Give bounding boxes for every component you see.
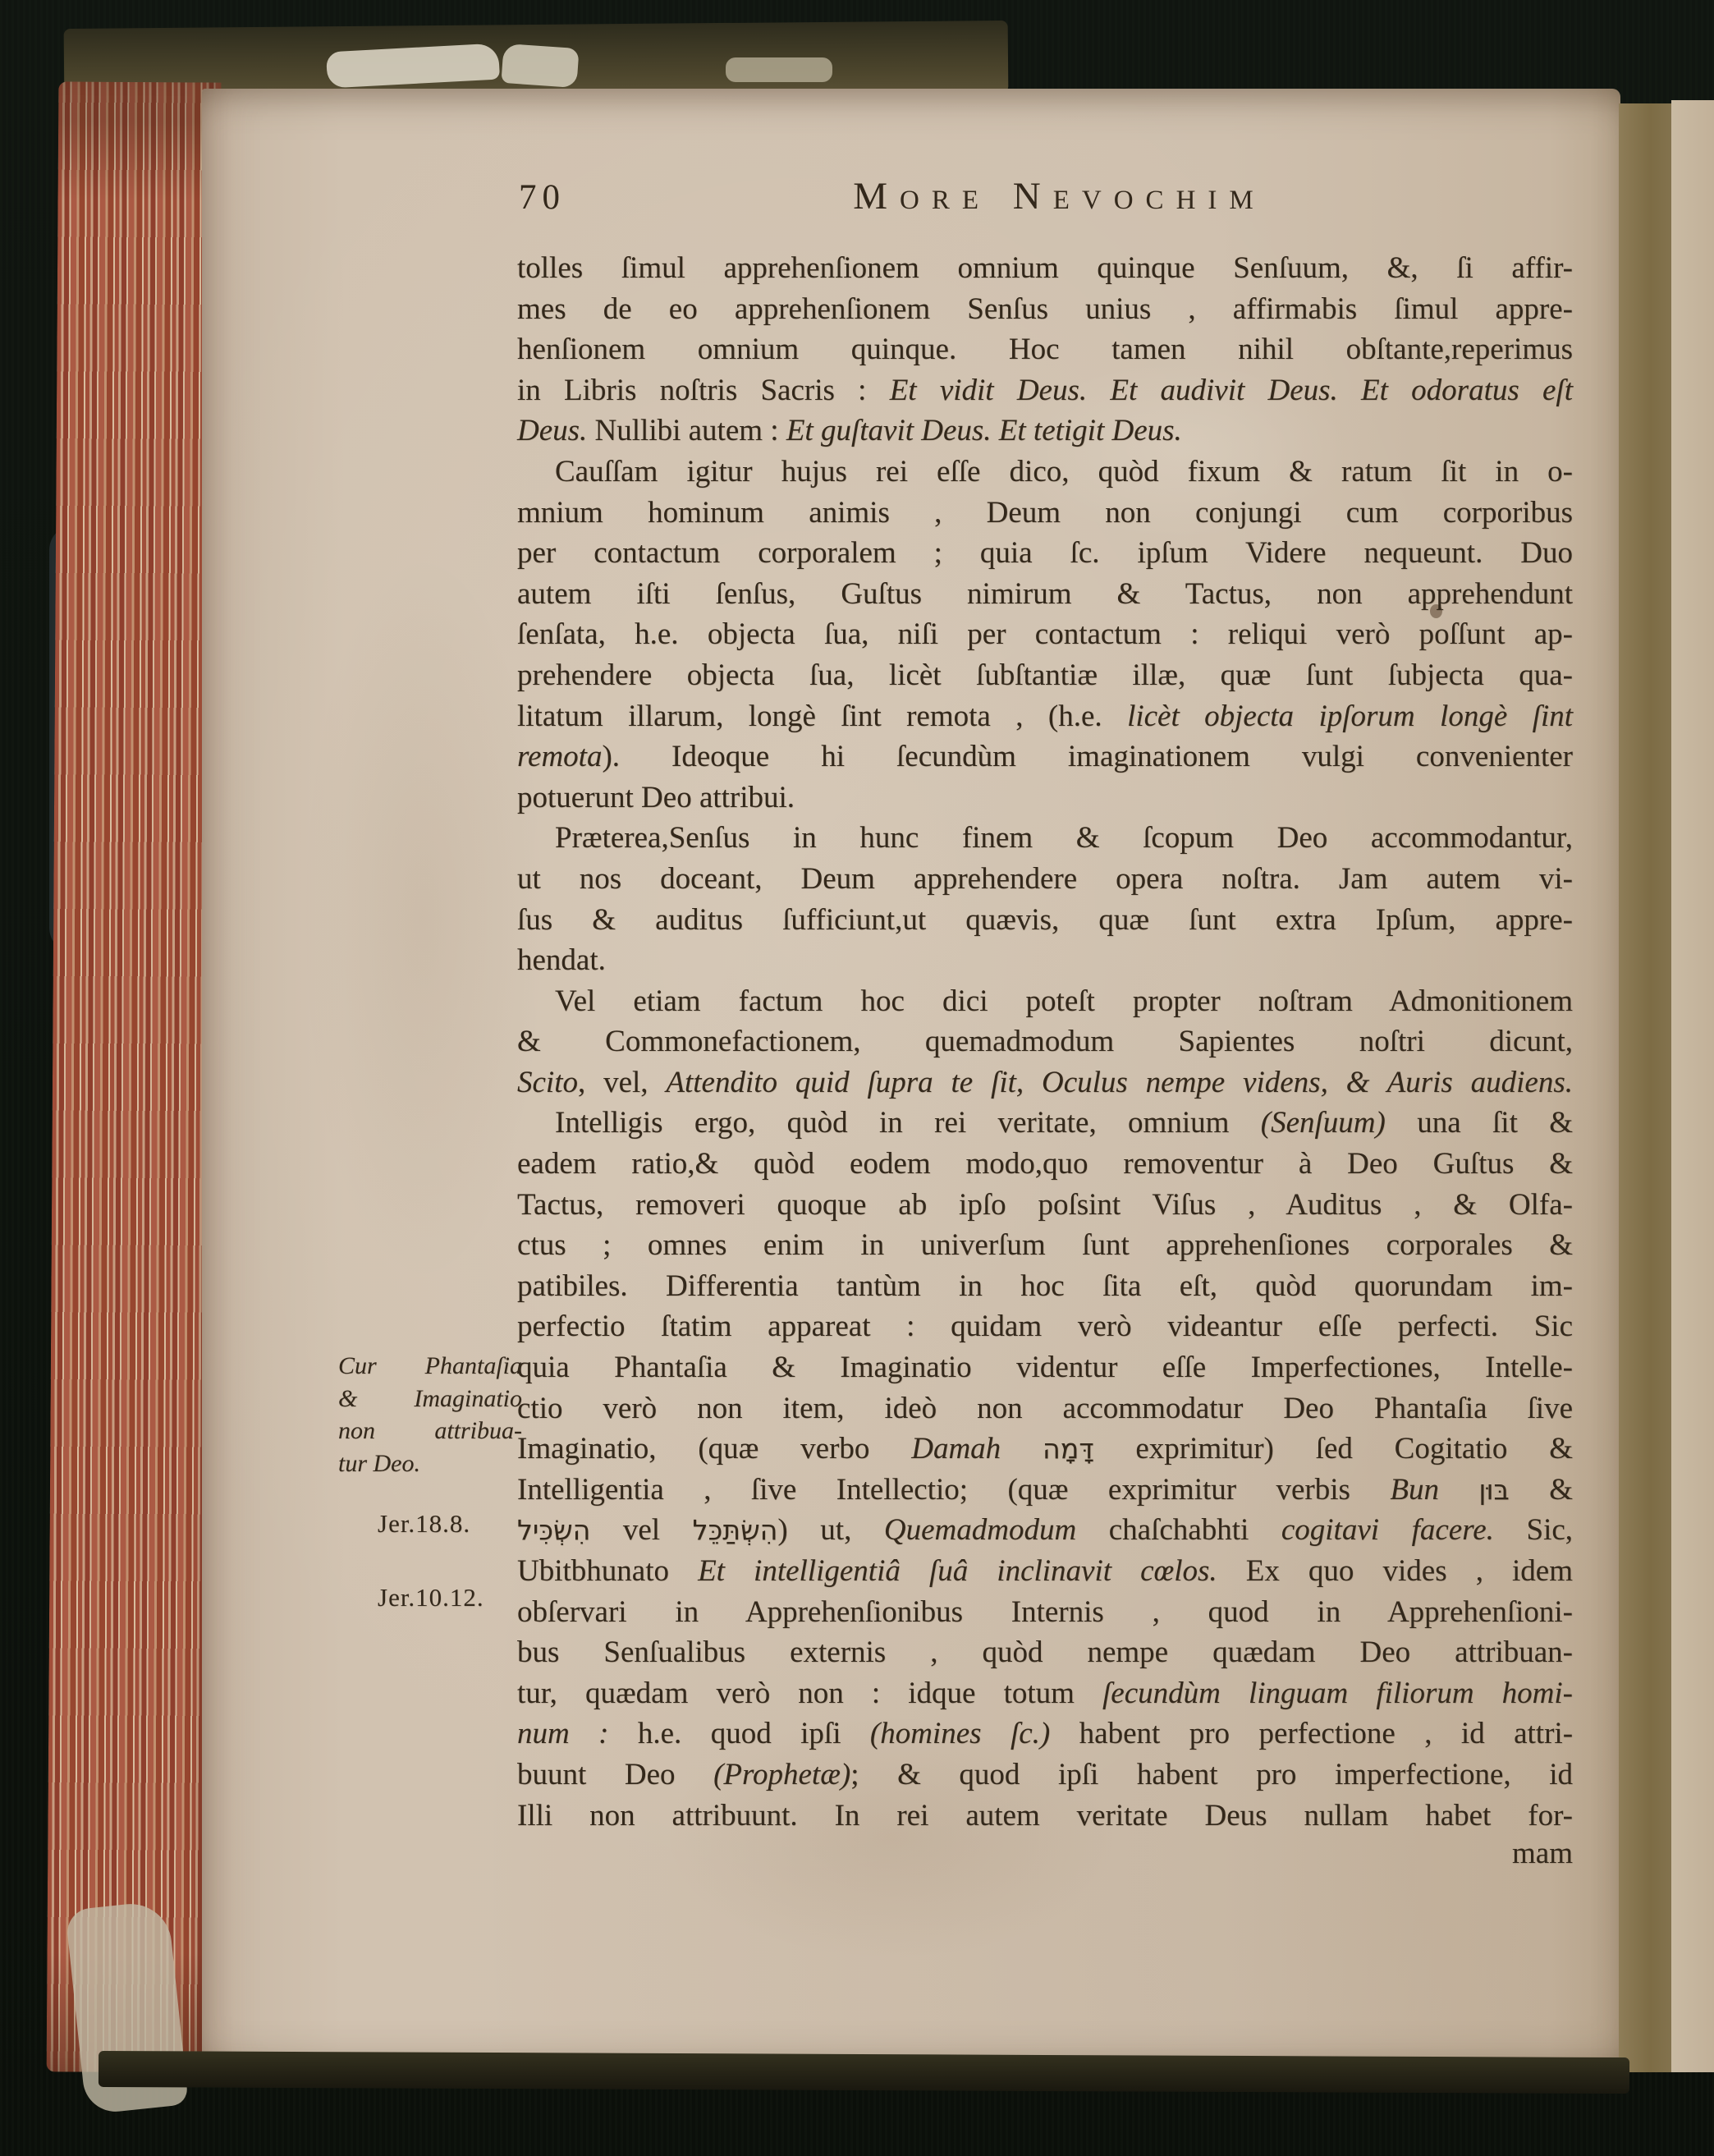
text-line: litatum illarum, longè ſint remota , (h.… xyxy=(517,696,1573,737)
book-page: 70 More Nevochim Cur Phantaſia& Imaginat… xyxy=(202,89,1620,2072)
text-line: hendat. xyxy=(517,940,1573,981)
text-line: Scito, vel, Attendito quid ſupra te ſit,… xyxy=(517,1062,1573,1103)
hebrew-word: דָּמָה xyxy=(1043,1433,1094,1465)
text-line: Illi non attribuunt. In rei autem verita… xyxy=(517,1796,1573,1837)
page-header: 70 More Nevochim xyxy=(519,174,1553,218)
text-line: Deus. Nullibi autem : Et guſtavit Deus. … xyxy=(517,411,1573,452)
text-line: Ubitbhunato Et intelligentiâ ſuâ inclina… xyxy=(517,1551,1573,1592)
photo-background: 70 More Nevochim Cur Phantaſia& Imaginat… xyxy=(0,0,1714,2156)
cover-tatter xyxy=(501,44,579,88)
text-line: Intelligentia , ſive Intellectio; (quæ e… xyxy=(517,1470,1573,1511)
text-line: Vel etiam factum hoc dici poteſt propter… xyxy=(517,981,1573,1022)
margin-gloss-line: non attribua- xyxy=(338,1415,522,1447)
gutter-shadow xyxy=(1619,103,1671,2072)
text-line: in Libris noſtris Sacris : Et vidit Deus… xyxy=(517,370,1573,411)
page-edges-red-sprinkled xyxy=(47,81,222,2072)
text-line: potuerunt Deo attribui. xyxy=(517,778,1573,819)
text-line: per contactum corporalem ; quia ſc. ipſu… xyxy=(517,533,1573,574)
text-line: perfectio ſtatim appareat : quidam verò … xyxy=(517,1306,1573,1347)
text-line: num : h.e. quod ipſi (homines ſc.) haben… xyxy=(517,1713,1573,1755)
text-line: הִשְׂכִּיל vel הִשְׂתַּכֵּל) ut, Quemadm… xyxy=(517,1510,1573,1551)
margin-gloss-line: Cur Phantaſia xyxy=(338,1350,522,1383)
text-line: Cauſſam igitur hujus rei eſſe dico, quòd… xyxy=(517,452,1573,493)
text-line: buunt Deo (Prophetæ); & quod ipſi habent… xyxy=(517,1755,1573,1796)
text-line: Tactus, removeri quoque ab ipſo poſsint … xyxy=(517,1185,1573,1226)
text-line: Imaginatio, (quæ verbo Damah דָּמָה expr… xyxy=(517,1429,1573,1470)
text-line: autem iſti ſenſus, Guſtus nimirum & Tact… xyxy=(517,574,1573,615)
text-line: remota). Ideoque hi ſecundùm imagination… xyxy=(517,736,1573,778)
text-line: tolles ſimul apprehenſionem omnium quinq… xyxy=(517,248,1573,289)
body-text: tolles ſimul apprehenſionem omnium quinq… xyxy=(517,248,1573,1836)
text-line: obſervari in Apprehenſionibus Internis ,… xyxy=(517,1592,1573,1633)
hebrew-word: בּוּן xyxy=(1478,1474,1509,1506)
facing-page-sliver xyxy=(1671,100,1714,2072)
book-cover-bottom-edge xyxy=(99,2051,1629,2094)
text-line: patibiles. Differentia tantùm in hoc ſit… xyxy=(517,1266,1573,1307)
hebrew-word: הִשְׂתַּכֵּל xyxy=(693,1514,778,1546)
margin-ref: Jer.10.12. xyxy=(378,1583,484,1612)
running-title: More Nevochim xyxy=(566,174,1553,218)
text-line: bus Senſualibus externis , quòd nempe qu… xyxy=(517,1632,1573,1673)
margin-gloss-line: & Imaginatio xyxy=(338,1383,522,1415)
text-line: Intelligis ergo, quòd in rei veritate, o… xyxy=(517,1103,1573,1144)
text-line: Præterea,Senſus in hunc finem & ſcopum D… xyxy=(517,818,1573,859)
text-line: henſionem omnium quinque. Hoc tamen nihi… xyxy=(517,329,1573,370)
text-line: ſenſata, h.e. objecta ſua, niſi per cont… xyxy=(517,614,1573,655)
text-line: ctio verò non item, ideò non accommodatu… xyxy=(517,1388,1573,1429)
catchword: mam xyxy=(517,1836,1573,1871)
text-line: quia Phantaſia & Imaginatio videntur eſſ… xyxy=(517,1347,1573,1388)
text-line: mes de eo apprehenſionem Senſus unius , … xyxy=(517,289,1573,330)
text-line: tur, quædam verò non : idque totum ſecun… xyxy=(517,1673,1573,1714)
folio-number: 70 xyxy=(519,177,566,218)
text-line: ut nos doceant, Deum apprehendere opera … xyxy=(517,859,1573,900)
margin-gloss: Cur Phantaſia& Imaginationon attribua-tu… xyxy=(338,1350,522,1479)
margin-ref: Jer.18.8. xyxy=(378,1509,470,1539)
text-line: prehendere objecta ſua, licèt ſubſtantiæ… xyxy=(517,655,1573,696)
text-line: mnium hominum animis , Deum non conjungi… xyxy=(517,493,1573,534)
text-line: ctus ; omnes enim in univerſum ſunt appr… xyxy=(517,1225,1573,1266)
cover-tatter xyxy=(726,57,832,82)
margin-gloss-line: tur Deo. xyxy=(338,1447,522,1480)
text-line: eadem ratio,& quòd eodem modo,quo remove… xyxy=(517,1144,1573,1185)
text-line: ſus & auditus ſufficiunt,ut quævis, quæ … xyxy=(517,900,1573,941)
paper-stain xyxy=(300,548,547,1287)
hebrew-word: הִשְׂכִּיל xyxy=(517,1514,590,1546)
text-line: & Commonefactionem, quemadmodum Sapiente… xyxy=(517,1021,1573,1062)
